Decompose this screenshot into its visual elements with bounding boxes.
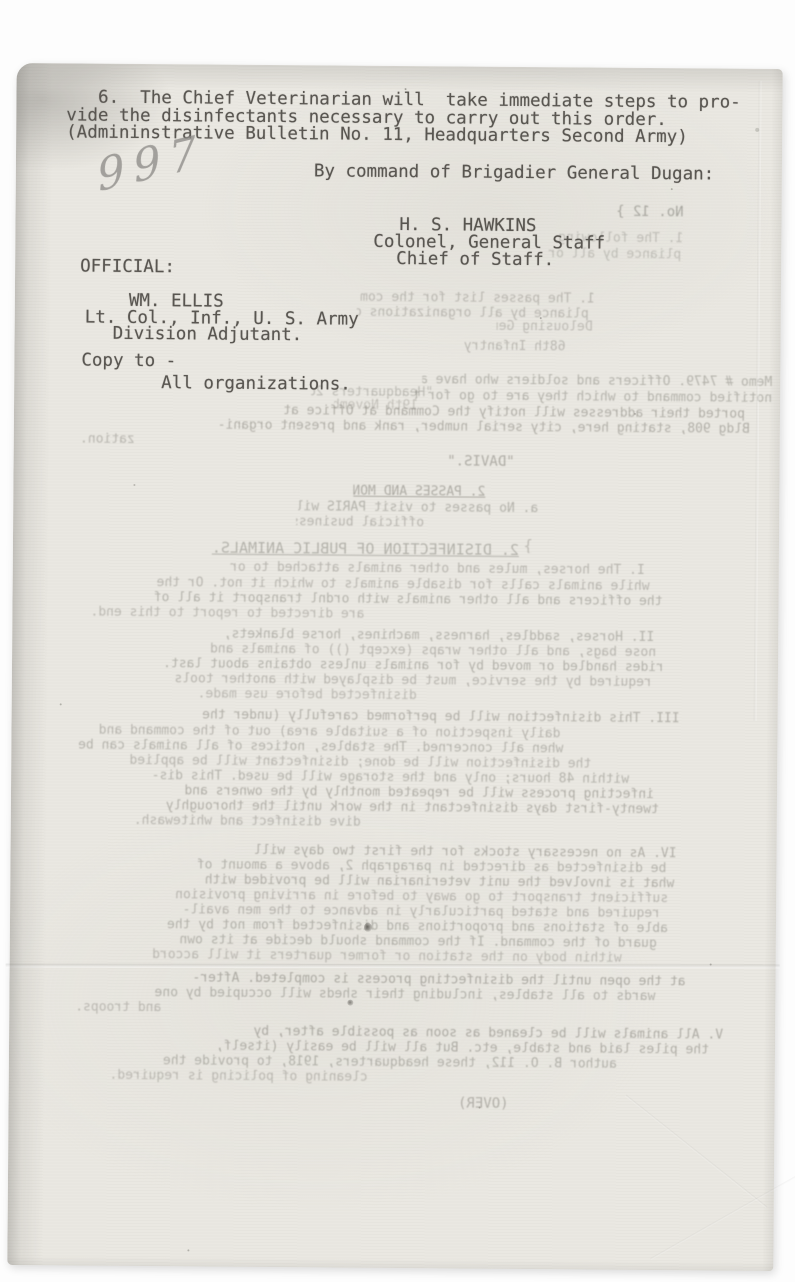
bleedthrough-line: 2. PASSES AND MONEY (353, 485, 485, 500)
ink-stain-spot (364, 923, 372, 932)
bleedthrough-line: official business. (296, 515, 424, 530)
bleedthrough-line: (OVER) (449, 1096, 509, 1110)
bleedthrough-line: I. The horses, mules and other animals a… (179, 560, 645, 578)
signature-title-2: Chief of Staff. (396, 251, 554, 270)
bleedthrough-line: Memo # 7479. Officers and soldiers who h… (422, 373, 772, 390)
bleedthrough-line: notified command to which they are to go… (415, 389, 772, 406)
bleedthrough-line: zation. (75, 432, 135, 446)
bleedthrough-line: Delousing Gen 3 (497, 320, 593, 335)
by-command-line: By command of Brigadier General Dugan: (314, 163, 715, 184)
horizontal-fold-crease (6, 964, 780, 969)
copy-to-recipient: All organizations. (161, 375, 351, 394)
ink-stain-spot (347, 1000, 353, 1006)
paper-sheet: No. 12 }1. The following schpliance by a… (7, 63, 782, 1271)
bleedthrough-line: "DAVIS." (447, 454, 515, 469)
bleedthrough-line: are directed to report to this end. (72, 605, 364, 621)
bleedthrough-line: } (513, 539, 533, 553)
bleedthrough-line: 2. DISINFECTION OF PUBLIC ANIMALS. (171, 540, 519, 557)
bleedthrough-line: pliance by all organizations of this com… (357, 306, 589, 322)
bleedthrough-line: disinfected before use made. (73, 686, 417, 703)
bleedthrough-line: No. 12 } (589, 205, 684, 220)
bleedthrough-line: 68th Infantry (453, 339, 565, 354)
official-label: OFFICIAL: (80, 259, 175, 277)
bleedthrough-line: dive disinfect and whitewash. (71, 813, 361, 829)
bleedthrough-line: and troops. (69, 1000, 161, 1015)
official-title-2: Division Adjutant. (113, 326, 303, 345)
scanned-document-page: { "colors": { "background": "#fdfdfd", "… (0, 0, 795, 1282)
bleedthrough-line: 1. The passes list for the command and c… (360, 291, 595, 307)
copy-to-label: Copy to - (81, 353, 176, 371)
bleedthrough-line: cleaning of policing is required. (68, 1068, 368, 1084)
bleedthrough-line: a. No passes to visit PARIS will be gran… (298, 500, 538, 516)
